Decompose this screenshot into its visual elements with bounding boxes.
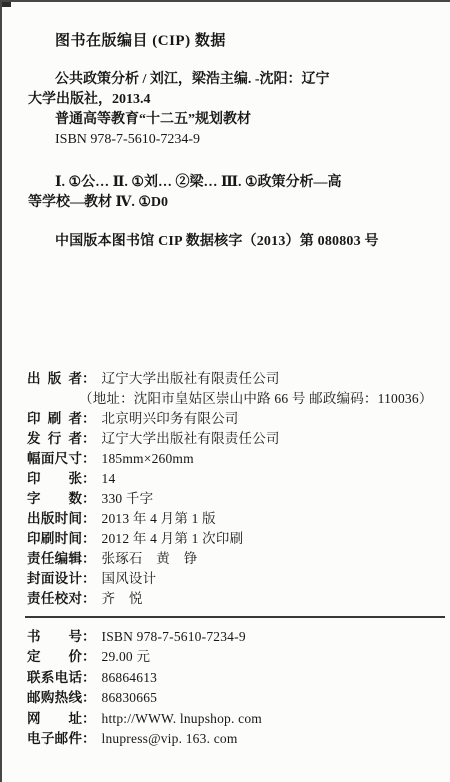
label-colon: ： xyxy=(82,571,96,586)
cip-record-line: 公共政策分析 / 刘江，梁浩主编. -沈阳：辽宁 xyxy=(55,70,436,90)
field-value: 14 xyxy=(102,471,116,486)
field-row-cover-design: 封面设计：国风设计 xyxy=(27,569,450,589)
field-value: lnupress@vip. 163. com xyxy=(102,731,238,746)
label-colon: ： xyxy=(82,451,96,466)
field-value: http://WWW. lnupshop. com xyxy=(102,711,263,726)
field-value: 86864613 xyxy=(102,670,158,685)
field-row-mail-order-hotline: 邮购热线：86830665 xyxy=(27,688,450,708)
label-colon: ： xyxy=(82,551,96,566)
field-row-address-note: （地址：沈阳市皇姑区崇山中路 66 号 邮政编码：110036） xyxy=(27,389,450,409)
field-label: 责任编辑 xyxy=(27,549,82,569)
cip-data-block: 图书在版编目 (CIP) 数据 公共政策分析 / 刘江，梁浩主编. -沈阳：辽宁… xyxy=(2,2,450,252)
field-value: 国风设计 xyxy=(102,571,157,586)
field-row-book-number: 书号：ISBN 978-7-5610-7234-9 xyxy=(27,627,450,647)
field-value: 齐 悦 xyxy=(102,591,143,606)
field-row-proofreader: 责任校对：齐 悦 xyxy=(27,589,450,609)
label-colon: ： xyxy=(82,649,96,664)
field-row-price: 定价：29.00 元 xyxy=(27,647,450,667)
field-label: 印刷者 xyxy=(27,409,82,429)
field-value: 86830665 xyxy=(102,690,158,705)
label-colon: ： xyxy=(82,711,96,726)
label-colon: ： xyxy=(82,731,96,746)
label-colon: ： xyxy=(82,690,96,705)
field-value: 185mm×260mm xyxy=(102,451,194,466)
field-value: 张琢石 黄 铮 xyxy=(102,551,198,566)
field-label: 联系电话 xyxy=(27,668,82,688)
cip-record-line: 大学出版社，2013.4 xyxy=(28,90,436,110)
label-colon: ： xyxy=(82,670,96,685)
field-label: 封面设计 xyxy=(27,569,82,589)
field-row-contact-phone: 联系电话：86864613 xyxy=(27,668,450,688)
publication-info-block: 出版者：辽宁大学出版社有限责任公司 （地址：沈阳市皇姑区崇山中路 66 号 邮政… xyxy=(2,369,450,609)
field-row-print-date: 印刷时间：2012 年 4 月第 1 次印刷 xyxy=(27,529,450,549)
field-label: 书号 xyxy=(27,627,82,647)
field-label: 电子邮件 xyxy=(27,729,82,749)
field-row-printer: 印刷者：北京明兴印务有限公司 xyxy=(27,409,450,429)
label-colon: ： xyxy=(82,431,96,446)
field-label: 责任校对 xyxy=(27,589,82,609)
field-label: 发行者 xyxy=(27,429,82,449)
field-row-printed-sheets: 印张：14 xyxy=(27,469,450,489)
field-row-publish-date: 出版时间：2013 年 4 月第 1 版 xyxy=(27,509,450,529)
field-label: 邮购热线 xyxy=(27,688,82,708)
field-row-word-count: 字数：330 千字 xyxy=(27,489,450,509)
field-label: 幅面尺寸 xyxy=(27,449,82,469)
cip-header: 图书在版编目 (CIP) 数据 xyxy=(55,31,436,51)
cip-classification: Ⅰ. ①公… Ⅱ. ①刘… ②梁… Ⅲ. ①政策分析—高 等学校—教材 Ⅳ. ①… xyxy=(28,173,436,213)
field-row-email: 电子邮件：lnupress@vip. 163. com xyxy=(27,729,450,749)
field-value: 330 千字 xyxy=(102,491,154,506)
label-colon: ： xyxy=(82,629,96,644)
field-label: 印刷时间 xyxy=(27,529,82,549)
label-colon: ： xyxy=(82,471,96,486)
field-value: ISBN 978-7-5610-7234-9 xyxy=(102,629,246,644)
field-label: 定价 xyxy=(27,647,82,667)
label-colon: ： xyxy=(82,531,96,546)
label-colon: ： xyxy=(82,511,96,526)
field-value: 辽宁大学出版社有限责任公司 xyxy=(102,371,280,386)
field-value: 29.00 元 xyxy=(102,649,151,664)
field-value: 2013 年 4 月第 1 版 xyxy=(102,511,216,526)
cip-registry-number: 中国版本图书馆 CIP 数据核字（2013）第 080803 号 xyxy=(55,232,436,252)
field-row-executive-editor: 责任编辑：张琢石 黄 铮 xyxy=(27,549,450,569)
field-label: 印张 xyxy=(27,469,82,489)
field-label: 网址 xyxy=(27,709,82,729)
field-value: 辽宁大学出版社有限责任公司 xyxy=(102,431,280,446)
copyright-page: 图书在版编目 (CIP) 数据 公共政策分析 / 刘江，梁浩主编. -沈阳：辽宁… xyxy=(0,0,450,782)
isbn-line: ISBN 978-7-5610-7234-9 xyxy=(55,130,436,150)
scan-edge-mark xyxy=(2,2,11,7)
field-row-format-size: 幅面尺寸：185mm×260mm xyxy=(27,449,450,469)
label-colon: ： xyxy=(82,591,96,606)
field-row-publisher: 出版者：辽宁大学出版社有限责任公司 xyxy=(27,369,450,389)
series-note: 普通高等教育“十二五”规划教材 xyxy=(55,110,436,130)
label-colon: ： xyxy=(82,491,96,506)
sales-info-block: 书号：ISBN 978-7-5610-7234-9 定价：29.00 元 联系电… xyxy=(2,627,450,749)
field-value: 2012 年 4 月第 1 次印刷 xyxy=(102,531,244,546)
cip-classification-line: 等学校—教材 Ⅳ. ①D0 xyxy=(28,193,436,213)
label-colon: ： xyxy=(82,411,96,426)
field-value: （地址：沈阳市皇姑区崇山中路 66 号 邮政编码：110036） xyxy=(79,391,433,406)
field-label: 字数 xyxy=(27,489,82,509)
field-value: 北京明兴印务有限公司 xyxy=(102,411,239,426)
field-row-website: 网址：http://WWW. lnupshop. com xyxy=(27,709,450,729)
section-divider xyxy=(25,616,445,618)
field-label: 出版时间 xyxy=(27,509,82,529)
cip-classification-line: Ⅰ. ①公… Ⅱ. ①刘… ②梁… Ⅲ. ①政策分析—高 xyxy=(55,173,436,193)
label-colon: ： xyxy=(82,371,96,386)
field-row-distributor: 发行者：辽宁大学出版社有限责任公司 xyxy=(27,429,450,449)
field-label: 出版者 xyxy=(27,369,82,389)
